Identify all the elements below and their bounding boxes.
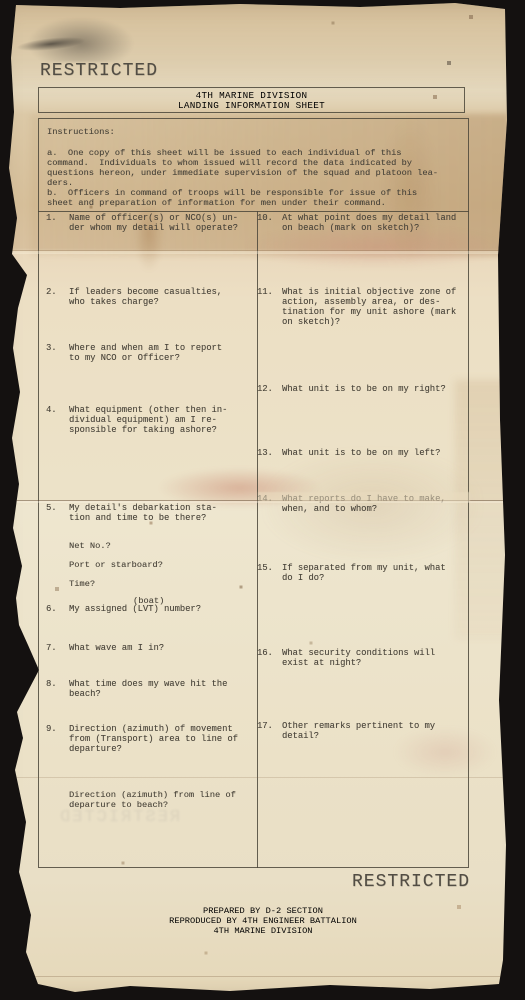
question-5-sub-port: Port or starboard?	[69, 560, 163, 570]
footer-line3: 4TH MARINE DIVISION	[40, 927, 486, 937]
doc-title-line2: LANDING INFORMATION SHEET	[39, 101, 464, 111]
instructions-paragraph-a: a. One copy of this sheet will be issued…	[47, 148, 438, 188]
classification-marking-top: RESTRICTED	[40, 61, 158, 81]
question-9-followup: Direction (azimuth) from line of departu…	[69, 790, 236, 810]
instructions-label: Instructions:	[47, 127, 115, 137]
question-5-sub-net: Net No.?	[69, 541, 111, 551]
fold-crease-4	[20, 976, 510, 977]
title-box: 4TH MARINE DIVISION LANDING INFORMATION …	[38, 87, 465, 113]
footer-block: PREPARED BY D-2 SECTION REPRODUCED BY 4T…	[40, 907, 486, 937]
stain-topleft-streak	[16, 34, 87, 53]
classification-marking-bottom: RESTRICTED	[352, 872, 470, 892]
scan-background: RESTRICTED RESTRICTED 4TH MARINE DIVISIO…	[0, 0, 525, 1000]
question-5-sub-time: Time?	[69, 579, 95, 589]
instructions-paragraph-b: b. Officers in command of troops will be…	[47, 188, 417, 208]
column-divider	[257, 211, 258, 868]
document-paper: RESTRICTED RESTRICTED 4TH MARINE DIVISIO…	[0, 0, 525, 1000]
instructions-divider	[38, 211, 469, 212]
stain-specks	[0, 0, 2, 2]
stain-topleft-smudge	[26, 16, 136, 62]
